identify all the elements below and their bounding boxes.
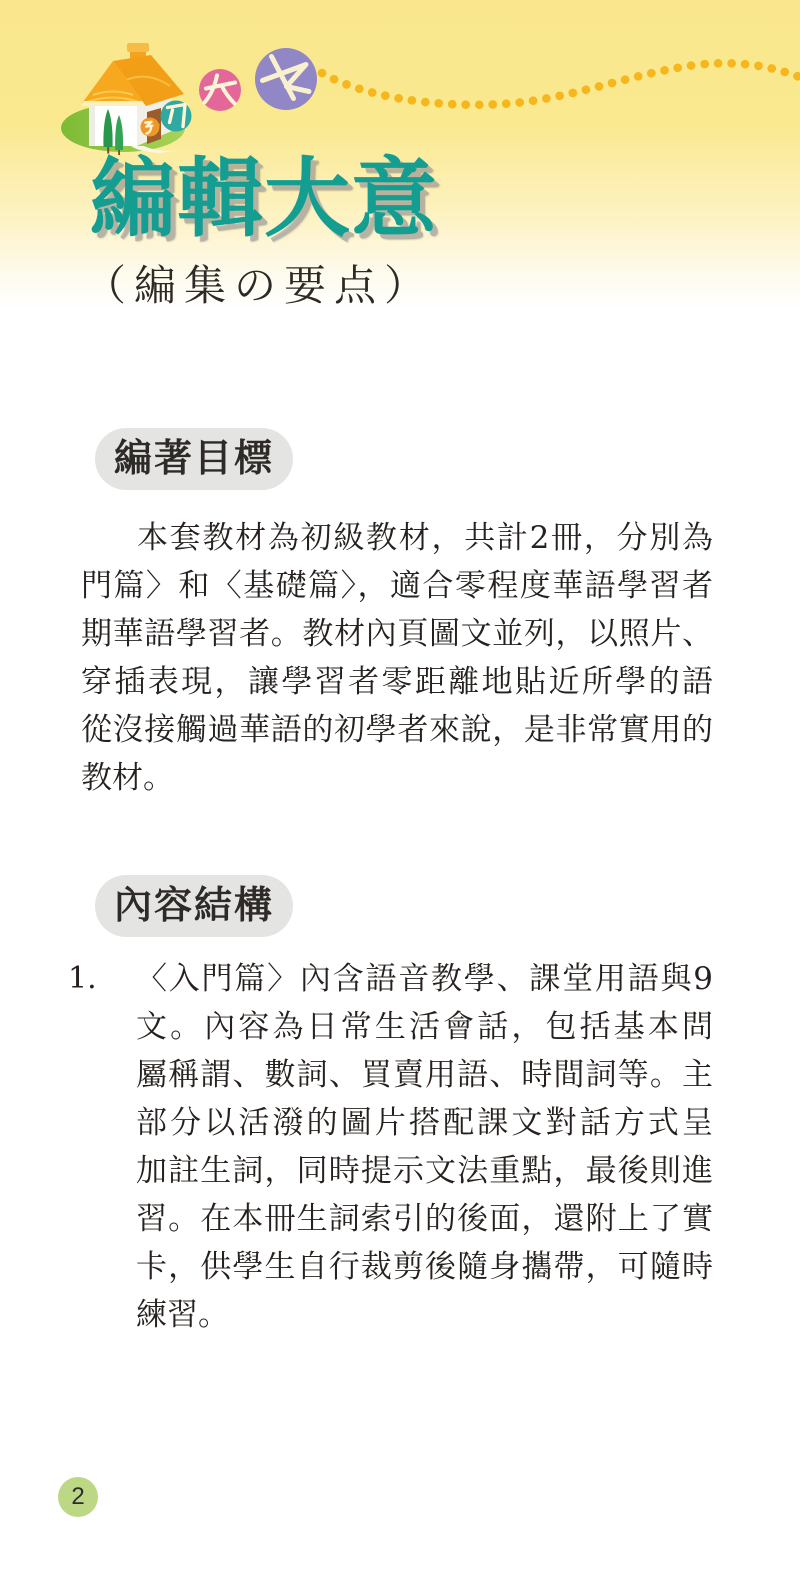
section-heading-goals: 編著目標 xyxy=(95,428,293,490)
zhuyin-circle-n xyxy=(141,118,160,137)
list-line: 〈入門篇〉內含語音教學、課堂用語與9課課 xyxy=(136,955,713,1003)
list-line: 習。在本冊生詞索引的後面，還附上了實用字 xyxy=(136,1195,713,1243)
paragraph-line: 門篇〉和〈基礎篇〉，適合零程度華語學習者或短 xyxy=(81,562,713,610)
dotted-wave xyxy=(322,63,800,105)
chimney-cap xyxy=(127,43,149,52)
house-illustration xyxy=(61,43,185,155)
list-line: 加註生詞，同時提示文法重點，最後則進行練 xyxy=(136,1147,713,1195)
list-line: 屬稱謂、數詞、買賣用語、時間詞等。主課文 xyxy=(136,1051,713,1099)
goals-paragraph: 本套教材為初級教材，共計2冊，分別為〈入 門篇〉和〈基礎篇〉，適合零程度華語學習… xyxy=(81,514,713,802)
list-line: 卡，供學生自行裁剪後隨身攜帶，可隨時隨地 xyxy=(136,1243,713,1291)
list-item: 1. 〈入門篇〉內含語音教學、課堂用語與9課課 文。內容為日常生活會話，包括基本… xyxy=(68,955,713,1339)
structure-list: 1. 〈入門篇〉內含語音教學、課堂用語與9課課 文。內容為日常生活會話，包括基本… xyxy=(68,955,713,1339)
paragraph-line: 本套教材為初級教材，共計2冊，分別為〈入 xyxy=(81,514,713,562)
paragraph-line: 教材。 xyxy=(81,754,713,802)
house-front-wall xyxy=(89,101,137,146)
paragraph-line: 穿插表現，讓學習者零距離地貼近所學的語言，對 xyxy=(81,658,713,706)
list-line: 部分以活潑的圖片搭配課文對話方式呈現，並 xyxy=(136,1099,713,1147)
zhuyin-circle-c xyxy=(255,48,317,110)
list-item-text: 〈入門篇〉內含語音教學、課堂用語與9課課 文。內容為日常生活會話，包括基本問候、… xyxy=(136,955,713,1339)
page-number-badge: 2 xyxy=(58,1477,98,1517)
section-heading-structure: 內容結構 xyxy=(95,875,293,937)
paragraph-line: 從沒接觸過華語的初學者來說，是非常實用的一套 xyxy=(81,706,713,754)
paragraph-line: 期華語學習者。教材內頁圖文並列，以照片、圖畫 xyxy=(81,610,713,658)
wall-shading xyxy=(89,101,95,146)
list-line: 練習。 xyxy=(136,1291,713,1339)
zhuyin-circle-d xyxy=(161,101,192,132)
page-title: 編輯大意 xyxy=(90,156,438,242)
list-item-number: 1. xyxy=(68,955,136,1003)
list-line: 文。內容為日常生活會話，包括基本問候、親 xyxy=(136,1003,713,1051)
page-subtitle: （編集の要点） xyxy=(84,260,434,313)
zhuyin-circle-p xyxy=(199,69,241,111)
textbook-page: 編輯大意 （編集の要点） 編著目標 本套教材為初級教材，共計2冊，分別為〈入 門… xyxy=(0,0,800,1588)
roof-eave xyxy=(80,101,146,106)
